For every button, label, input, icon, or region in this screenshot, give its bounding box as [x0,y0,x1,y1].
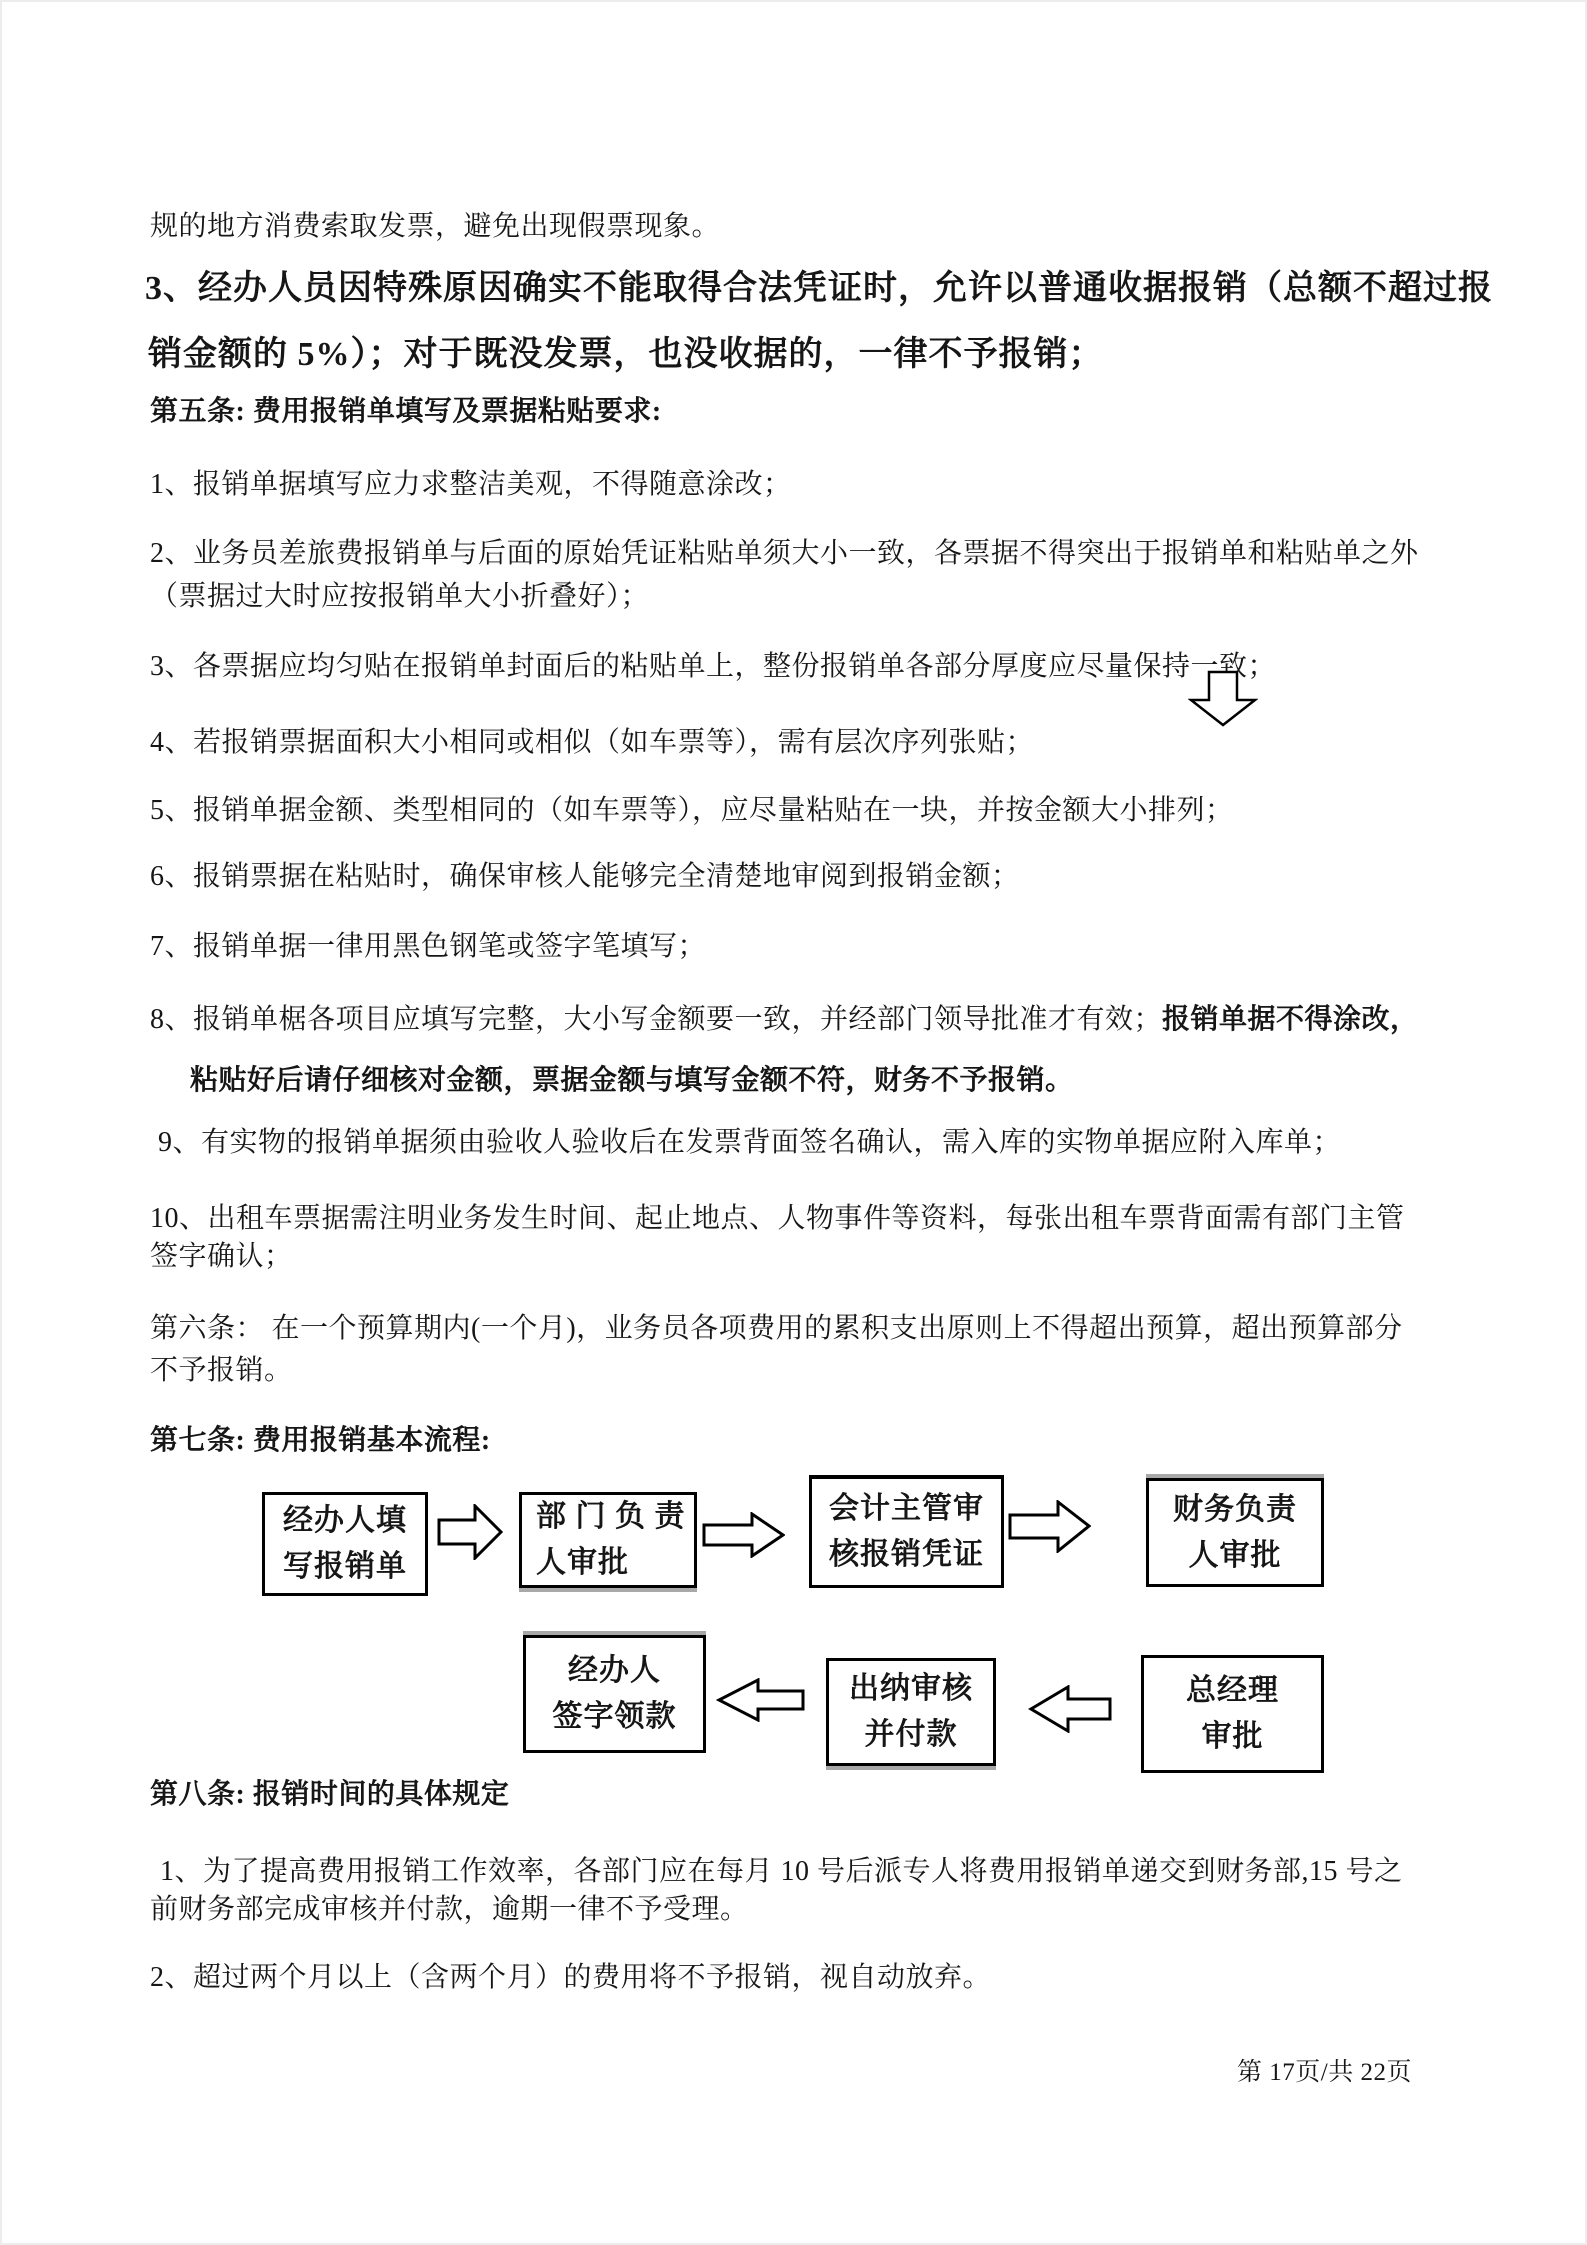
flow-box-line: 出纳审核 [849,1674,973,1704]
flow-box-accountant-review: 会计主管审 核报销凭证 [809,1475,1004,1588]
flow-box-sign-collect: 经办人 签字领款 [523,1635,706,1753]
flow-box-line: 核报销凭证 [829,1540,984,1570]
flow-box-line: 审批 [1202,1722,1264,1752]
article8-item-2: 2、超过两个月以上（含两个月）的费用将不予报销，视自动放弃。 [150,1961,991,1995]
flow-box-line: 写报销单 [283,1552,407,1582]
rule3-line2: 销金额的 5%）；对于既没发票，也没收据的，一律不予报销； [148,338,1104,372]
flow-box-line: 人审批 [536,1548,629,1578]
article5-item-8-line1: 8、报销单椐各项目应填写完整，大小写金额要一致，并经部门领导批准才有效；报销单据… [150,1003,1419,1037]
article5-item-2-line2: （票据过大时应按报销单大小折叠好）； [150,580,649,614]
article5-item-10-line1: 10、出租车票据需注明业务发生时间、起止地点、人物事件等资料，每张出租车票背面需… [150,1202,1405,1236]
article6-line1: 第六条： 在一个预算期内(一个月)，业务员各项费用的累积支出原则上不得超出预算，… [150,1312,1403,1346]
flow-box-fill-form: 经办人填 写报销单 [262,1492,428,1596]
flow-box-cashier-pay: 出纳审核 并付款 [826,1658,996,1766]
article5-item-4: 4、若报销票据面积大小相同或相似（如车票等），需有层次序列张贴； [150,726,1034,760]
flow-box-line: 会计主管审 [829,1494,984,1524]
flow-box-line: 部 门 负 责 [536,1502,686,1532]
intro-continuation-line: 规的地方消费索取发票，避免出现假票现象。 [150,210,720,244]
flow-box-line: 经办人 [568,1656,661,1686]
article5-item-7: 7、报销单据一律用黑色钢笔或签字笔填写； [150,930,706,964]
flow-box-line: 人审批 [1189,1541,1282,1571]
flow-arrow-right-icon [702,1512,785,1558]
article8-item-1-line2: 前财务部完成审核并付款，逾期一律不予受理。 [150,1893,749,1927]
article5-item-3: 3、各票据应均匀贴在报销单封面后的粘贴单上，整份报销单各部分厚度应尽量保持一致； [150,650,1276,684]
article5-item-5: 5、报销单据金额、类型相同的（如车票等），应尽量粘贴在一块，并按金额大小排列； [150,794,1234,828]
item8-normal-text: 8、报销单椐各项目应填写完整，大小写金额要一致，并经部门领导批准才有效； [150,1004,1162,1035]
article5-item-10-line2: 签字确认； [150,1240,293,1274]
flow-arrow-right-icon [1008,1500,1091,1553]
article5-item-9: 9、有实物的报销单据须由验收人验收后在发票背面签名确认，需入库的实物单据应附入库… [158,1126,1341,1160]
article5-item-1: 1、报销单据填写应力求整洁美观，不得随意涂改； [150,468,792,502]
flow-box-line: 总经理 [1186,1676,1279,1706]
item8-bold-text: 报销单据不得涂改， [1162,1004,1419,1035]
flow-arrow-left-icon [716,1678,805,1722]
flow-box-gm-approve: 总经理 审批 [1141,1655,1324,1773]
article8-heading: 第八条: 报销时间的具体规定 [150,1778,509,1812]
flow-box-line: 并付款 [865,1720,958,1750]
flow-box-dept-approve: 部 门 负 责 人审批 [519,1492,697,1588]
article8-item-1-line1: 1、为了提高费用报销工作效率，各部门应在每月 10 号后派专人将费用报销单递交到… [160,1855,1403,1889]
flow-arrow-left-icon [1028,1685,1112,1733]
article6-line2: 不予报销。 [150,1354,293,1388]
flow-box-finance-approve: 财务负责 人审批 [1146,1478,1324,1587]
down-arrow-icon [1188,670,1258,728]
article7-heading: 第七条: 费用报销基本流程: [150,1424,491,1458]
page-number: 第 17页/共 22页 [1237,2052,1412,2088]
flow-arrow-right-icon [437,1504,503,1560]
article5-item-2-line1: 2、业务员差旅费报销单与后面的原始凭证粘贴单须大小一致，各票据不得突出于报销单和… [150,537,1419,571]
flow-box-line: 签字领款 [553,1702,677,1732]
flow-box-line: 财务负责 [1173,1495,1297,1525]
article5-heading: 第五条: 费用报销单填写及票据粘贴要求: [150,395,662,429]
article5-item-8-line2: 粘贴好后请仔细核对金额，票据金额与填写金额不符，财务不予报销。 [190,1064,1074,1098]
article5-item-6: 6、报销票据在粘贴时，确保审核人能够完全清楚地审阅到报销金额； [150,860,1020,894]
rule3-line1: 3、经办人员因特殊原因确实不能取得合法凭证时，允许以普通收据报销（总额不超过报 [145,272,1493,306]
flow-box-line: 经办人填 [283,1506,407,1536]
document-page: 规的地方消费索取发票，避免出现假票现象。 3、经办人员因特殊原因确实不能取得合法… [0,0,1587,2245]
